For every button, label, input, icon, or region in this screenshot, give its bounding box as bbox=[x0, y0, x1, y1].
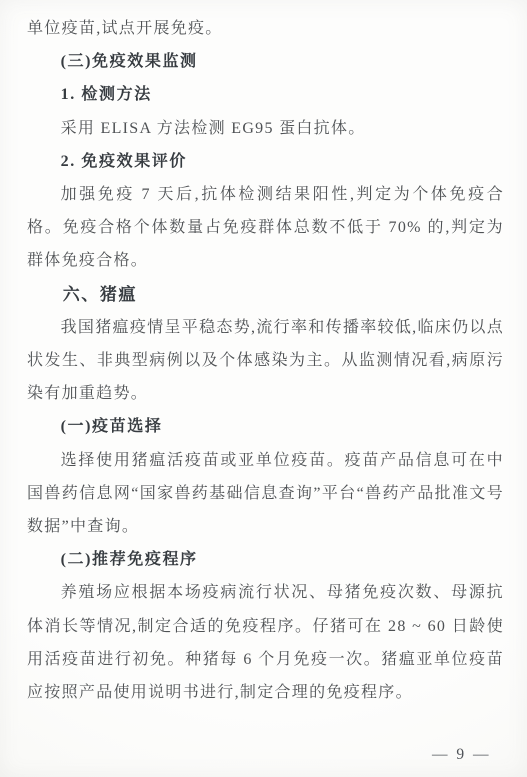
paragraph-elisa-detection: 采用 ELISA 方法检测 EG95 蛋白抗体。 bbox=[27, 112, 504, 145]
subsection-heading-vaccine-selection: (一)疫苗选择 bbox=[27, 410, 504, 443]
numbered-heading-immune-effect-evaluation: 2. 免疫效果评价 bbox=[27, 145, 504, 178]
paragraph-continuation: 单位疫苗,试点开展免疫。 bbox=[27, 12, 504, 45]
paragraph-evaluation-criteria: 加强免疫 7 天后,抗体检测结果阳性,判定为个体免疫合格。免疫合格个体数量占免疫… bbox=[27, 178, 504, 278]
page-number: — 9 — bbox=[432, 746, 491, 764]
scanned-document-page: 单位疫苗,试点开展免疫。 (三)免疫效果监测 1. 检测方法 采用 ELISA … bbox=[0, 0, 527, 777]
section-heading-swine-fever: 六、猪瘟 bbox=[27, 278, 504, 311]
paragraph-vaccine-selection: 选择使用猪瘟活疫苗或亚单位疫苗。疫苗产品信息可在中国兽药信息网“国家兽药基础信息… bbox=[27, 444, 504, 544]
paragraph-recommended-program: 养殖场应根据本场疫病流行状况、母猪免疫次数、母源抗体消长等情况,制定合适的免疫程… bbox=[27, 576, 504, 709]
subsection-heading-immune-effect-monitoring: (三)免疫效果监测 bbox=[27, 45, 504, 78]
document-content: 单位疫苗,试点开展免疫。 (三)免疫效果监测 1. 检测方法 采用 ELISA … bbox=[0, 0, 527, 709]
paragraph-swine-fever-situation: 我国猪瘟疫情呈平稳态势,流行率和传播率较低,临床仍以点状发生、非典型病例以及个体… bbox=[27, 311, 504, 411]
numbered-heading-detection-method: 1. 检测方法 bbox=[27, 78, 504, 111]
subsection-heading-recommended-program: (二)推荐免疫程序 bbox=[27, 543, 504, 576]
